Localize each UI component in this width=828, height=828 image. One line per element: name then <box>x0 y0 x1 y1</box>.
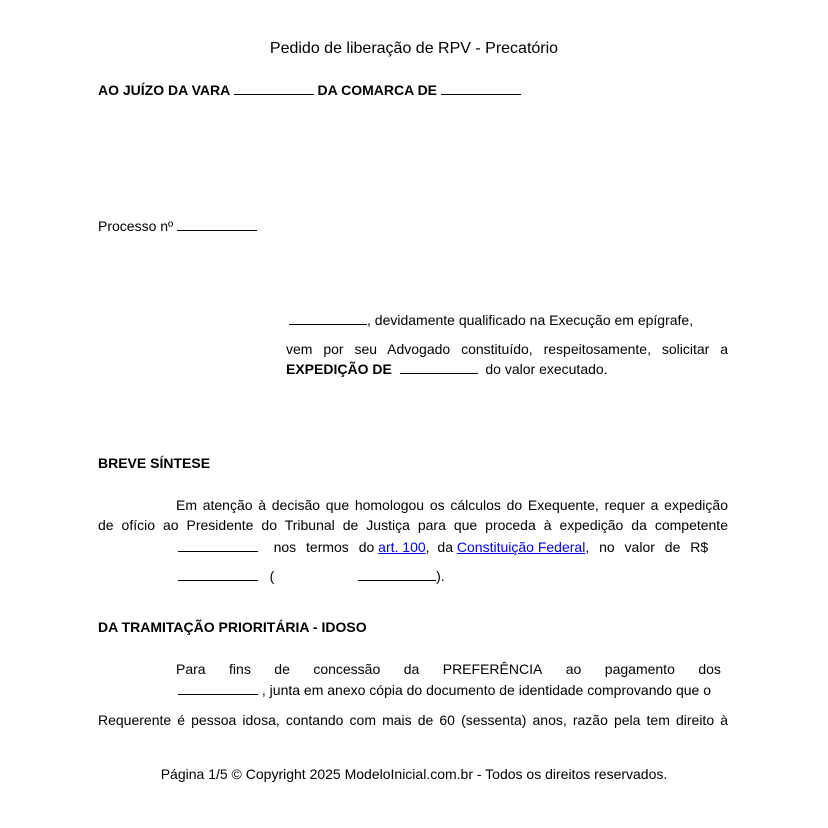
section-heading-breve-sintese: BREVE SÍNTESE <box>98 455 210 471</box>
expedicao-blank <box>400 372 478 374</box>
intro-line-3-text: do valor executado. <box>485 361 607 377</box>
sintese-line-4: ( ). <box>178 568 445 584</box>
intro-line-1: , devidamente qualificado na Execução em… <box>289 312 728 328</box>
expedicao-label: EXPEDIÇÃO DE <box>286 361 392 377</box>
word: Para <box>176 661 206 677</box>
intro-line-3: EXPEDIÇÃO DE do valor executado. <box>286 361 608 377</box>
page-footer: Página 1/5 © Copyright 2025 ModeloInicia… <box>0 766 828 782</box>
sintese-line-2: de ofício ao Presidente do Tribunal de J… <box>98 517 728 533</box>
court-address-part1: AO JUÍZO DA VARA <box>98 82 230 98</box>
valor-blank <box>178 579 258 581</box>
intro-line-2: vem por seu Advogado constituído, respei… <box>286 341 728 357</box>
sintese-line-1: Em atenção à decisão que homologou os cá… <box>176 497 728 513</box>
valor-extenso-blank <box>358 579 436 581</box>
sintese-text-a: nos termos do <box>274 539 375 555</box>
word: PREFERÊNCIA <box>443 661 543 677</box>
process-number: Processo nº <box>98 218 257 234</box>
word: de <box>274 661 290 677</box>
word: fins <box>229 661 251 677</box>
idoso-line-2: , junta em anexo cópia do documento de i… <box>178 682 711 698</box>
word: dos <box>698 661 721 677</box>
sintese-text-b: , da <box>426 539 453 555</box>
comarca-blank <box>441 93 521 95</box>
section-heading-tramitacao: DA TRAMITAÇÃO PRIORITÁRIA - IDOSO <box>98 619 367 635</box>
requisitorio-blank <box>178 550 258 552</box>
paren-close: ). <box>436 568 445 584</box>
court-address-part2: DA COMARCA DE <box>318 82 438 98</box>
court-address: AO JUÍZO DA VARA DA COMARCA DE <box>98 82 521 98</box>
link-constituicao-federal[interactable]: Constituição Federal <box>457 539 585 555</box>
beneficio-blank <box>178 693 258 695</box>
vara-blank <box>234 93 314 95</box>
word: concessão <box>313 661 380 677</box>
sintese-line-3: nos termos do art. 100, da Constituição … <box>178 539 722 555</box>
party-blank <box>289 323 367 325</box>
idoso-line-3: Requerente é pessoa idosa, contando com … <box>98 712 728 728</box>
idoso-line-1: Para fins de concessão da PREFERÊNCIA ao… <box>176 661 721 677</box>
intro-line-1-text: , devidamente qualificado na Execução em… <box>367 312 693 328</box>
word: ao <box>566 661 582 677</box>
word: da <box>404 661 420 677</box>
idoso-line-2-text: , junta em anexo cópia do documento de i… <box>262 682 711 698</box>
process-blank <box>177 229 257 231</box>
word: pagamento <box>605 661 675 677</box>
document-title: Pedido de liberação de RPV - Precatório <box>0 40 828 58</box>
link-art-100[interactable]: art. 100 <box>378 539 425 555</box>
paren-open: ( <box>270 568 275 584</box>
sintese-text-c: , no valor de R$ <box>585 539 708 555</box>
process-label: Processo nº <box>98 218 173 234</box>
